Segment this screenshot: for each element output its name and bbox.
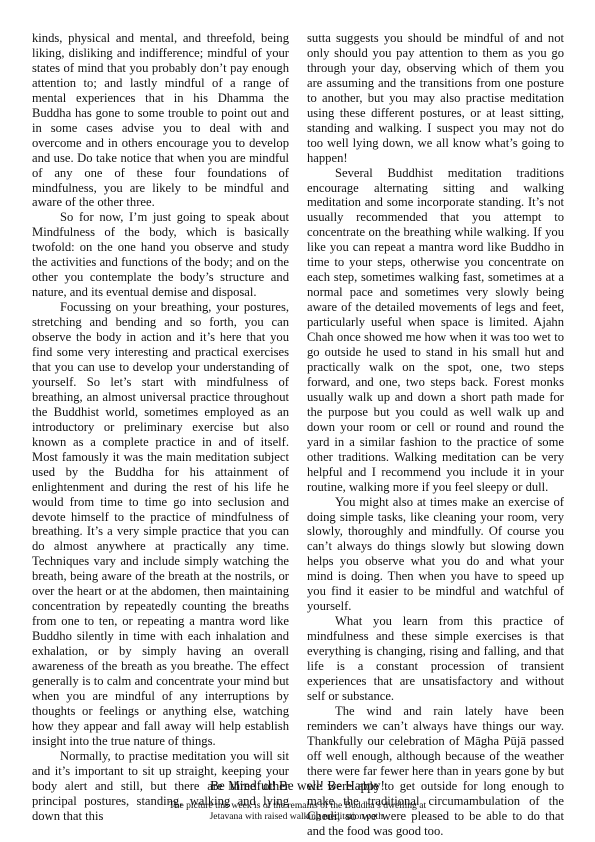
paragraph: What you learn from this practice of min… [307, 614, 564, 704]
paragraph: Focussing on your breathing, your postur… [32, 300, 289, 749]
paragraph: You might also at times make an exercise… [307, 495, 564, 615]
document-page: kinds, physical and mental, and threefol… [0, 0, 595, 842]
caption-line: Jetavana with raised walking meditation … [150, 812, 445, 823]
picture-caption: The picture this week is of the remains … [150, 801, 445, 823]
right-column: sutta suggests you should be mindful of … [307, 31, 564, 838]
paragraph: kinds, physical and mental, and threefol… [32, 31, 289, 210]
paragraph: sutta suggests you should be mindful of … [307, 31, 564, 166]
closing-motto: Be Mindful! Be well! Be Happy! [0, 778, 595, 794]
paragraph: So for now, I’m just going to speak abou… [32, 210, 289, 300]
paragraph: Several Buddhist meditation traditions e… [307, 166, 564, 495]
left-column: kinds, physical and mental, and threefol… [32, 31, 289, 824]
